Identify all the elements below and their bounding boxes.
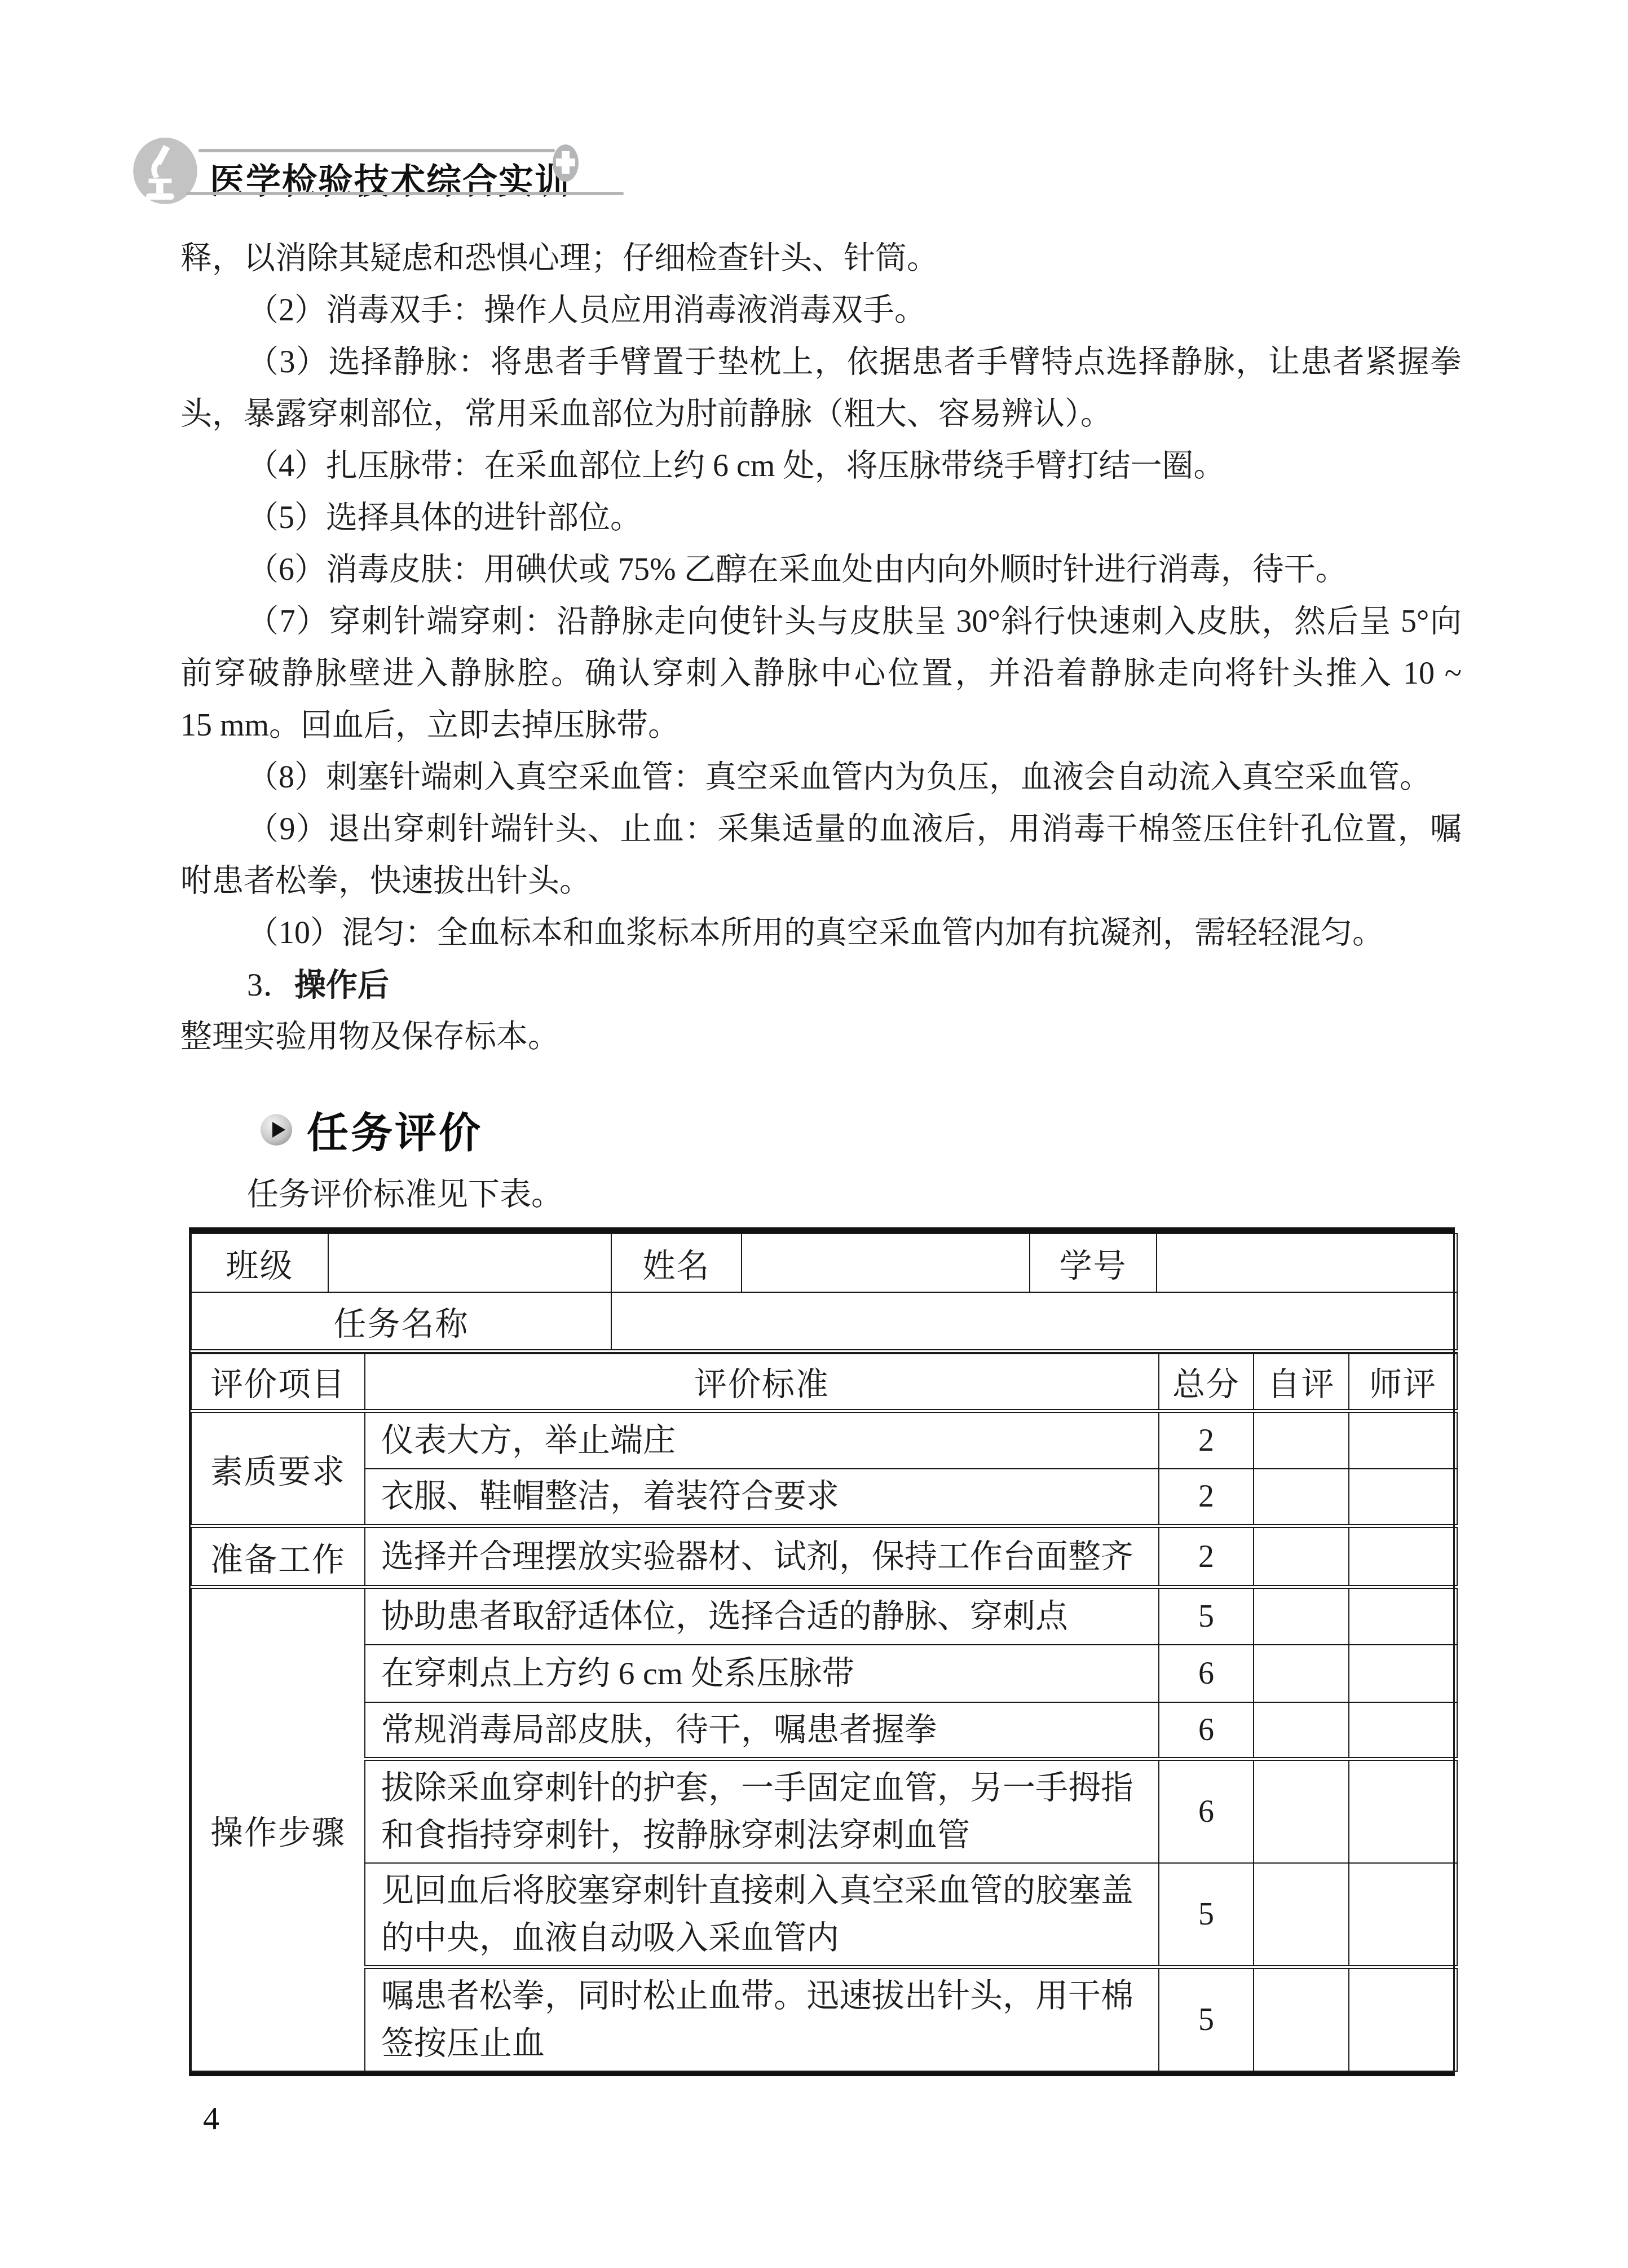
group-label: 准备工作 (191, 1526, 365, 1587)
teacher-score-cell (1349, 1967, 1457, 2071)
subsection-number: 3． (247, 968, 294, 1003)
self-score-cell (1254, 1645, 1349, 1702)
table-row: 素质要求 仪表大方，举止端庄 2 (191, 1411, 1457, 1469)
self-score-cell (1254, 1967, 1349, 2071)
student-info-table: 班级 姓名 学号 任务名称 (191, 1233, 1458, 1353)
table-intro: 任务评价标准见下表。 (180, 1169, 1462, 1221)
header-rule-bottom (186, 192, 624, 195)
table-row: 见回血后将胶塞穿刺针直接刺入真空采血管的胶塞盖的中央，血液自动吸入采血管内 5 (191, 1863, 1457, 1967)
score-cell: 2 (1159, 1469, 1254, 1526)
teacher-score-cell (1349, 1645, 1457, 1702)
teacher-score-cell (1349, 1411, 1457, 1469)
self-score-cell (1254, 1702, 1349, 1759)
table-row: 嘱患者松拳，同时松止血带。迅速拔出针头，用干棉签按压止血 5 (191, 1967, 1457, 2071)
paragraph-line: 咐患者松拳，快速拔出针头。 (180, 855, 1462, 907)
col-header-criteria: 评价标准 (365, 1354, 1159, 1411)
paragraph-line: 头，暴露穿刺部位，常用采血部位为肘前静脉（粗大、容易辨认）。 (180, 388, 1462, 440)
medical-cross-icon (553, 144, 579, 182)
teacher-score-cell (1349, 1526, 1457, 1587)
name-blank-cell (742, 1234, 1030, 1292)
score-cell: 2 (1159, 1411, 1254, 1469)
body-text: 释，以消除其疑虑和恐惧心理；仔细检查针头、针筒。 （2）消毒双手：操作人员应用消… (180, 232, 1462, 1063)
table-row: 准备工作 选择并合理摆放实验器材、试剂，保持工作台面整齐 2 (191, 1526, 1457, 1587)
book-title: 医学检验技术综合实训 (210, 153, 571, 204)
criteria-cell: 常规消毒局部皮肤，待干，嘱患者握拳 (365, 1702, 1159, 1759)
page-header: 医学检验技术综合实训 (0, 0, 1628, 237)
score-cell: 6 (1159, 1759, 1254, 1863)
group-label: 素质要求 (191, 1411, 365, 1526)
table-row: 常规消毒局部皮肤，待干，嘱患者握拳 6 (191, 1702, 1457, 1759)
criteria-cell: 选择并合理摆放实验器材、试剂，保持工作台面整齐 (365, 1526, 1159, 1587)
criteria-cell: 嘱患者松拳，同时松止血带。迅速拔出针头，用干棉签按压止血 (365, 1967, 1159, 2071)
class-blank-cell (328, 1234, 611, 1292)
paragraph-line: （10）混匀：全血标本和血浆标本所用的真空采血管内加有抗凝剂，需轻轻混匀。 (180, 907, 1462, 959)
criteria-cell: 协助患者取舒适体位，选择合适的静脉、穿刺点 (365, 1587, 1159, 1645)
teacher-score-cell (1349, 1587, 1457, 1645)
score-cell: 5 (1159, 1863, 1254, 1967)
table-row: 任务名称 (191, 1292, 1457, 1351)
paragraph-line: 释，以消除其疑虑和恐惧心理；仔细检查针头、针筒。 (180, 232, 1462, 284)
table-row: 操作步骤 协助患者取舒适体位，选择合适的静脉、穿刺点 5 (191, 1587, 1457, 1645)
score-cell: 5 (1159, 1587, 1254, 1645)
score-cell: 5 (1159, 1967, 1254, 2071)
paragraph-line: （2）消毒双手：操作人员应用消毒液消毒双手。 (180, 284, 1462, 336)
self-score-cell (1254, 1411, 1349, 1469)
paragraph-line: 整理实验用物及保存标本。 (180, 1011, 1462, 1063)
col-header-item: 评价项目 (191, 1354, 365, 1411)
table-row: 班级 姓名 学号 (191, 1234, 1457, 1292)
student-id-blank-cell (1157, 1234, 1457, 1292)
score-cell: 6 (1159, 1702, 1254, 1759)
score-cell: 6 (1159, 1645, 1254, 1702)
table-header-row: 评价项目 评价标准 总分 自评 师评 (191, 1354, 1457, 1411)
page: 医学检验技术综合实训 释，以消除其疑虑和恐惧心理；仔细检查针头、针筒。 （2）消… (0, 0, 1628, 2268)
score-cell: 2 (1159, 1526, 1254, 1587)
student-id-label: 学号 (1030, 1234, 1157, 1292)
teacher-score-cell (1349, 1759, 1457, 1863)
col-header-teacher: 师评 (1349, 1354, 1457, 1411)
paragraph-line: （8）刺塞针端刺入真空采血管：真空采血管内为负压，血液会自动流入真空采血管。 (180, 751, 1462, 803)
self-score-cell (1254, 1587, 1349, 1645)
evaluation-table: 班级 姓名 学号 任务名称 评价项目 (189, 1227, 1455, 2076)
criteria-cell: 衣服、鞋帽整洁，着装符合要求 (365, 1469, 1159, 1526)
criteria-cell: 拔除采血穿刺针的护套，一手固定血管，另一手拇指和食指持穿刺针，按静脉穿刺法穿刺血… (365, 1759, 1159, 1863)
table-row: 衣服、鞋帽整洁，着装符合要求 2 (191, 1469, 1457, 1526)
table-row: 在穿刺点上方约 6 cm 处系压脉带 6 (191, 1645, 1457, 1702)
task-name-label: 任务名称 (191, 1292, 611, 1351)
table-row: 拔除采血穿刺针的护套，一手固定血管，另一手拇指和食指持穿刺针，按静脉穿刺法穿刺血… (191, 1759, 1457, 1863)
paragraph-line: 前穿破静脉壁进入静脉腔。确认穿刺入静脉中心位置，并沿着静脉走向将针头推入 10 … (180, 648, 1462, 699)
paragraph-line: （9）退出穿刺针端针头、止血：采集适量的血液后，用消毒干棉签压住针孔位置，嘱 (180, 803, 1462, 855)
play-icon (261, 1114, 292, 1146)
group-label: 操作步骤 (191, 1587, 365, 2071)
paragraph-line: （4）扎压脉带：在采血部位上约 6 cm 处，将压脉带绕手臂打结一圈。 (180, 440, 1462, 492)
self-score-cell (1254, 1863, 1349, 1967)
teacher-score-cell (1349, 1863, 1457, 1967)
header-rule-top (198, 149, 555, 152)
page-number: 4 (203, 2099, 219, 2137)
section-title: 任务评价 (307, 1100, 483, 1160)
paragraph-line: （6）消毒皮肤：用碘伏或 75% 乙醇在采血处由内向外顺时针进行消毒，待干。 (180, 544, 1462, 596)
class-label: 班级 (191, 1234, 328, 1292)
teacher-score-cell (1349, 1702, 1457, 1759)
rubric-table: 评价项目 评价标准 总分 自评 师评 素质要求 仪表大方，举止端庄 2 衣服、鞋… (191, 1353, 1458, 2072)
paragraph-line: （3）选择静脉：将患者手臂置于垫枕上，依据患者手臂特点选择静脉，让患者紧握拳 (180, 336, 1462, 388)
criteria-cell: 在穿刺点上方约 6 cm 处系压脉带 (365, 1645, 1159, 1702)
teacher-score-cell (1349, 1469, 1457, 1526)
section-heading: 任务评价 (261, 1100, 483, 1160)
criteria-cell: 见回血后将胶塞穿刺针直接刺入真空采血管的胶塞盖的中央，血液自动吸入采血管内 (365, 1863, 1159, 1967)
paragraph-line: （7）穿刺针端穿刺：沿静脉走向使针头与皮肤呈 30°斜行快速刺入皮肤，然后呈 5… (180, 596, 1462, 648)
subsection-label: 操作后 (294, 967, 389, 1002)
self-score-cell (1254, 1526, 1349, 1587)
task-name-blank-cell (611, 1292, 1457, 1351)
self-score-cell (1254, 1759, 1349, 1863)
self-score-cell (1254, 1469, 1349, 1526)
col-header-self: 自评 (1254, 1354, 1349, 1411)
paragraph-line: （5）选择具体的进针部位。 (180, 492, 1462, 544)
paragraph-line: 15 mm。回血后，立即去掉压脉带。 (180, 699, 1462, 751)
criteria-cell: 仪表大方，举止端庄 (365, 1411, 1159, 1469)
subsection-heading: 3．操作后 (180, 959, 1462, 1011)
name-label: 姓名 (611, 1234, 742, 1292)
col-header-total: 总分 (1159, 1354, 1254, 1411)
